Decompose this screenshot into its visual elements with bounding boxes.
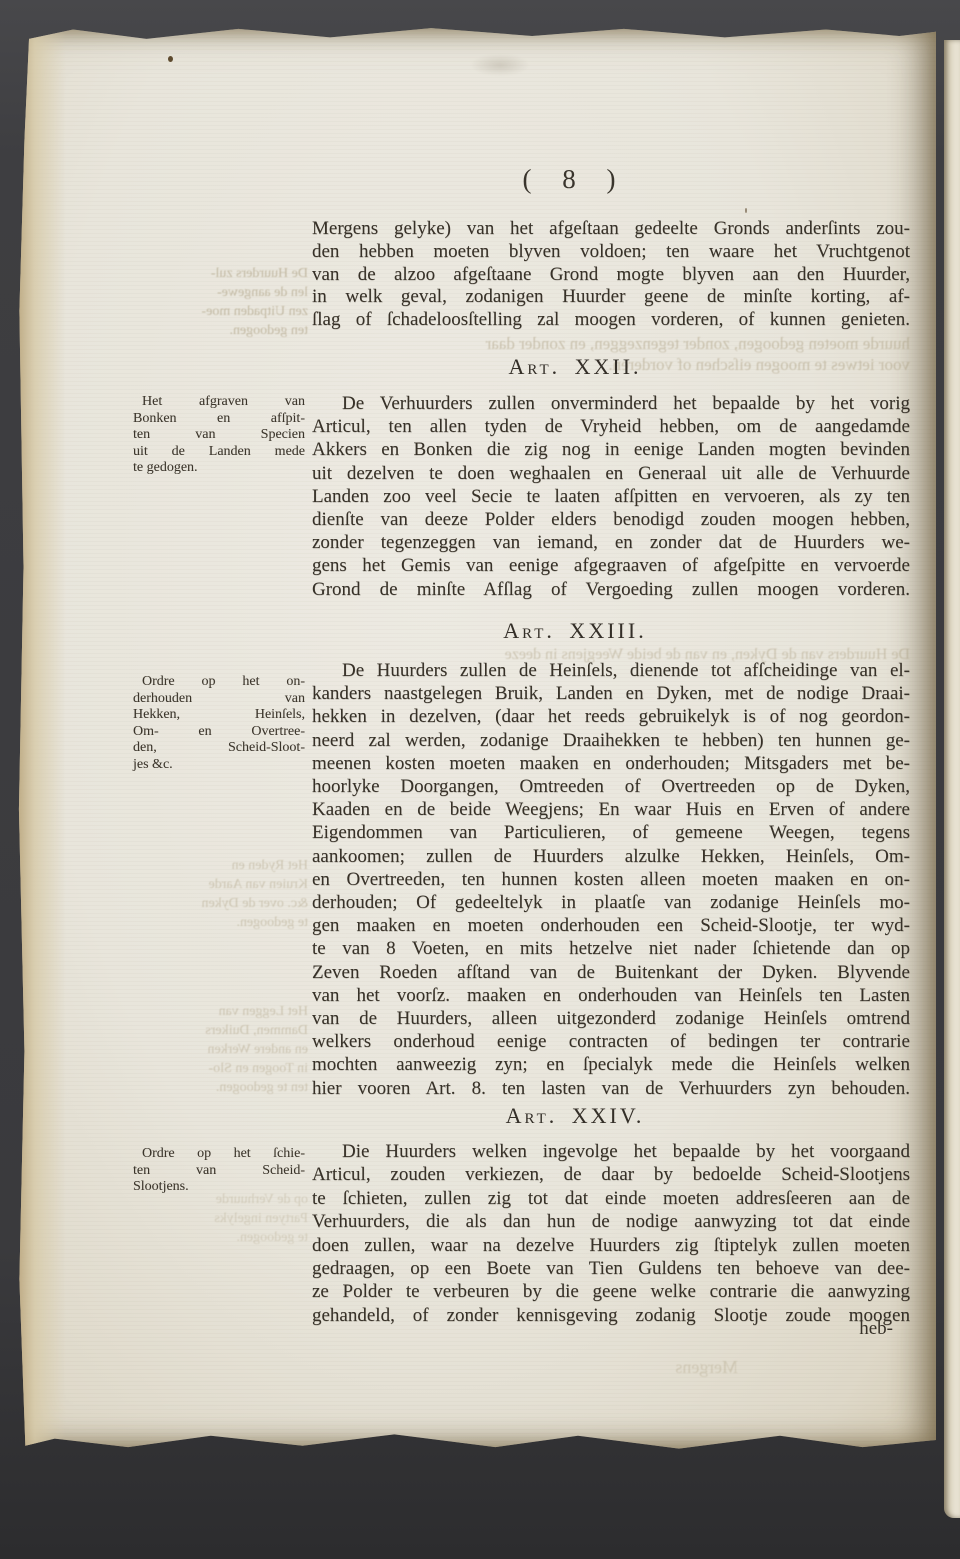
paper-speck <box>168 56 173 62</box>
article-xxii-heading: Art. XXII. <box>245 354 905 380</box>
article-xxii-body: De Verhuurders zullen onverminderd het b… <box>312 392 910 601</box>
ink-smudge <box>470 54 530 76</box>
article-xxii-margin-note: Het afgraven vanBonken en afſpit-ten van… <box>133 394 305 477</box>
article-xxiv-heading: Art. XXIV. <box>245 1103 905 1129</box>
article-xxiv-margin-note: Ordre op het ſchie-ten van Scheid-Slootj… <box>133 1146 305 1196</box>
next-page-edge <box>944 40 960 1518</box>
paragraph-continuation: Mergens gelyke) van het afgeſtaan gedeel… <box>312 218 910 332</box>
article-xxiii-body: De Huurders zullen de Heinſels, dienende… <box>312 659 910 1100</box>
article-xxiii-heading: Art. XXIII. <box>245 618 905 644</box>
page-number: ( 8 ) <box>245 164 905 195</box>
bleedthrough-text: Mergens <box>518 1358 738 1377</box>
article-xxiv-body: Die Huurders welken ingevolge het bepaal… <box>312 1140 910 1327</box>
bleedthrough-margin-note: Het Ryden enKruien van Aarde&c. over de … <box>136 856 308 932</box>
article-xxiii-margin-note: Ordre op het on-derhouden vanHekken, Hei… <box>133 674 305 774</box>
document-page: ( 8 ) Mergens gelyke) van het afgeſtaan … <box>18 26 936 1450</box>
bleedthrough-margin-note: op de VerhuurdePartyen ingelykste gedoog… <box>136 1190 308 1247</box>
catchword: heb- <box>312 1318 893 1340</box>
bleedthrough-margin-note: Het Leggen vanDammen, Duikersen andere W… <box>136 1002 308 1097</box>
scanned-book-photo: { "page": { "number_display": "( 8 )", "… <box>0 0 960 1559</box>
bleedthrough-margin-note: De Huurders zul-len de aangewe-zen Uitpa… <box>136 264 308 340</box>
paper-deckle-edge <box>18 26 66 1450</box>
paper-speck <box>745 208 747 213</box>
